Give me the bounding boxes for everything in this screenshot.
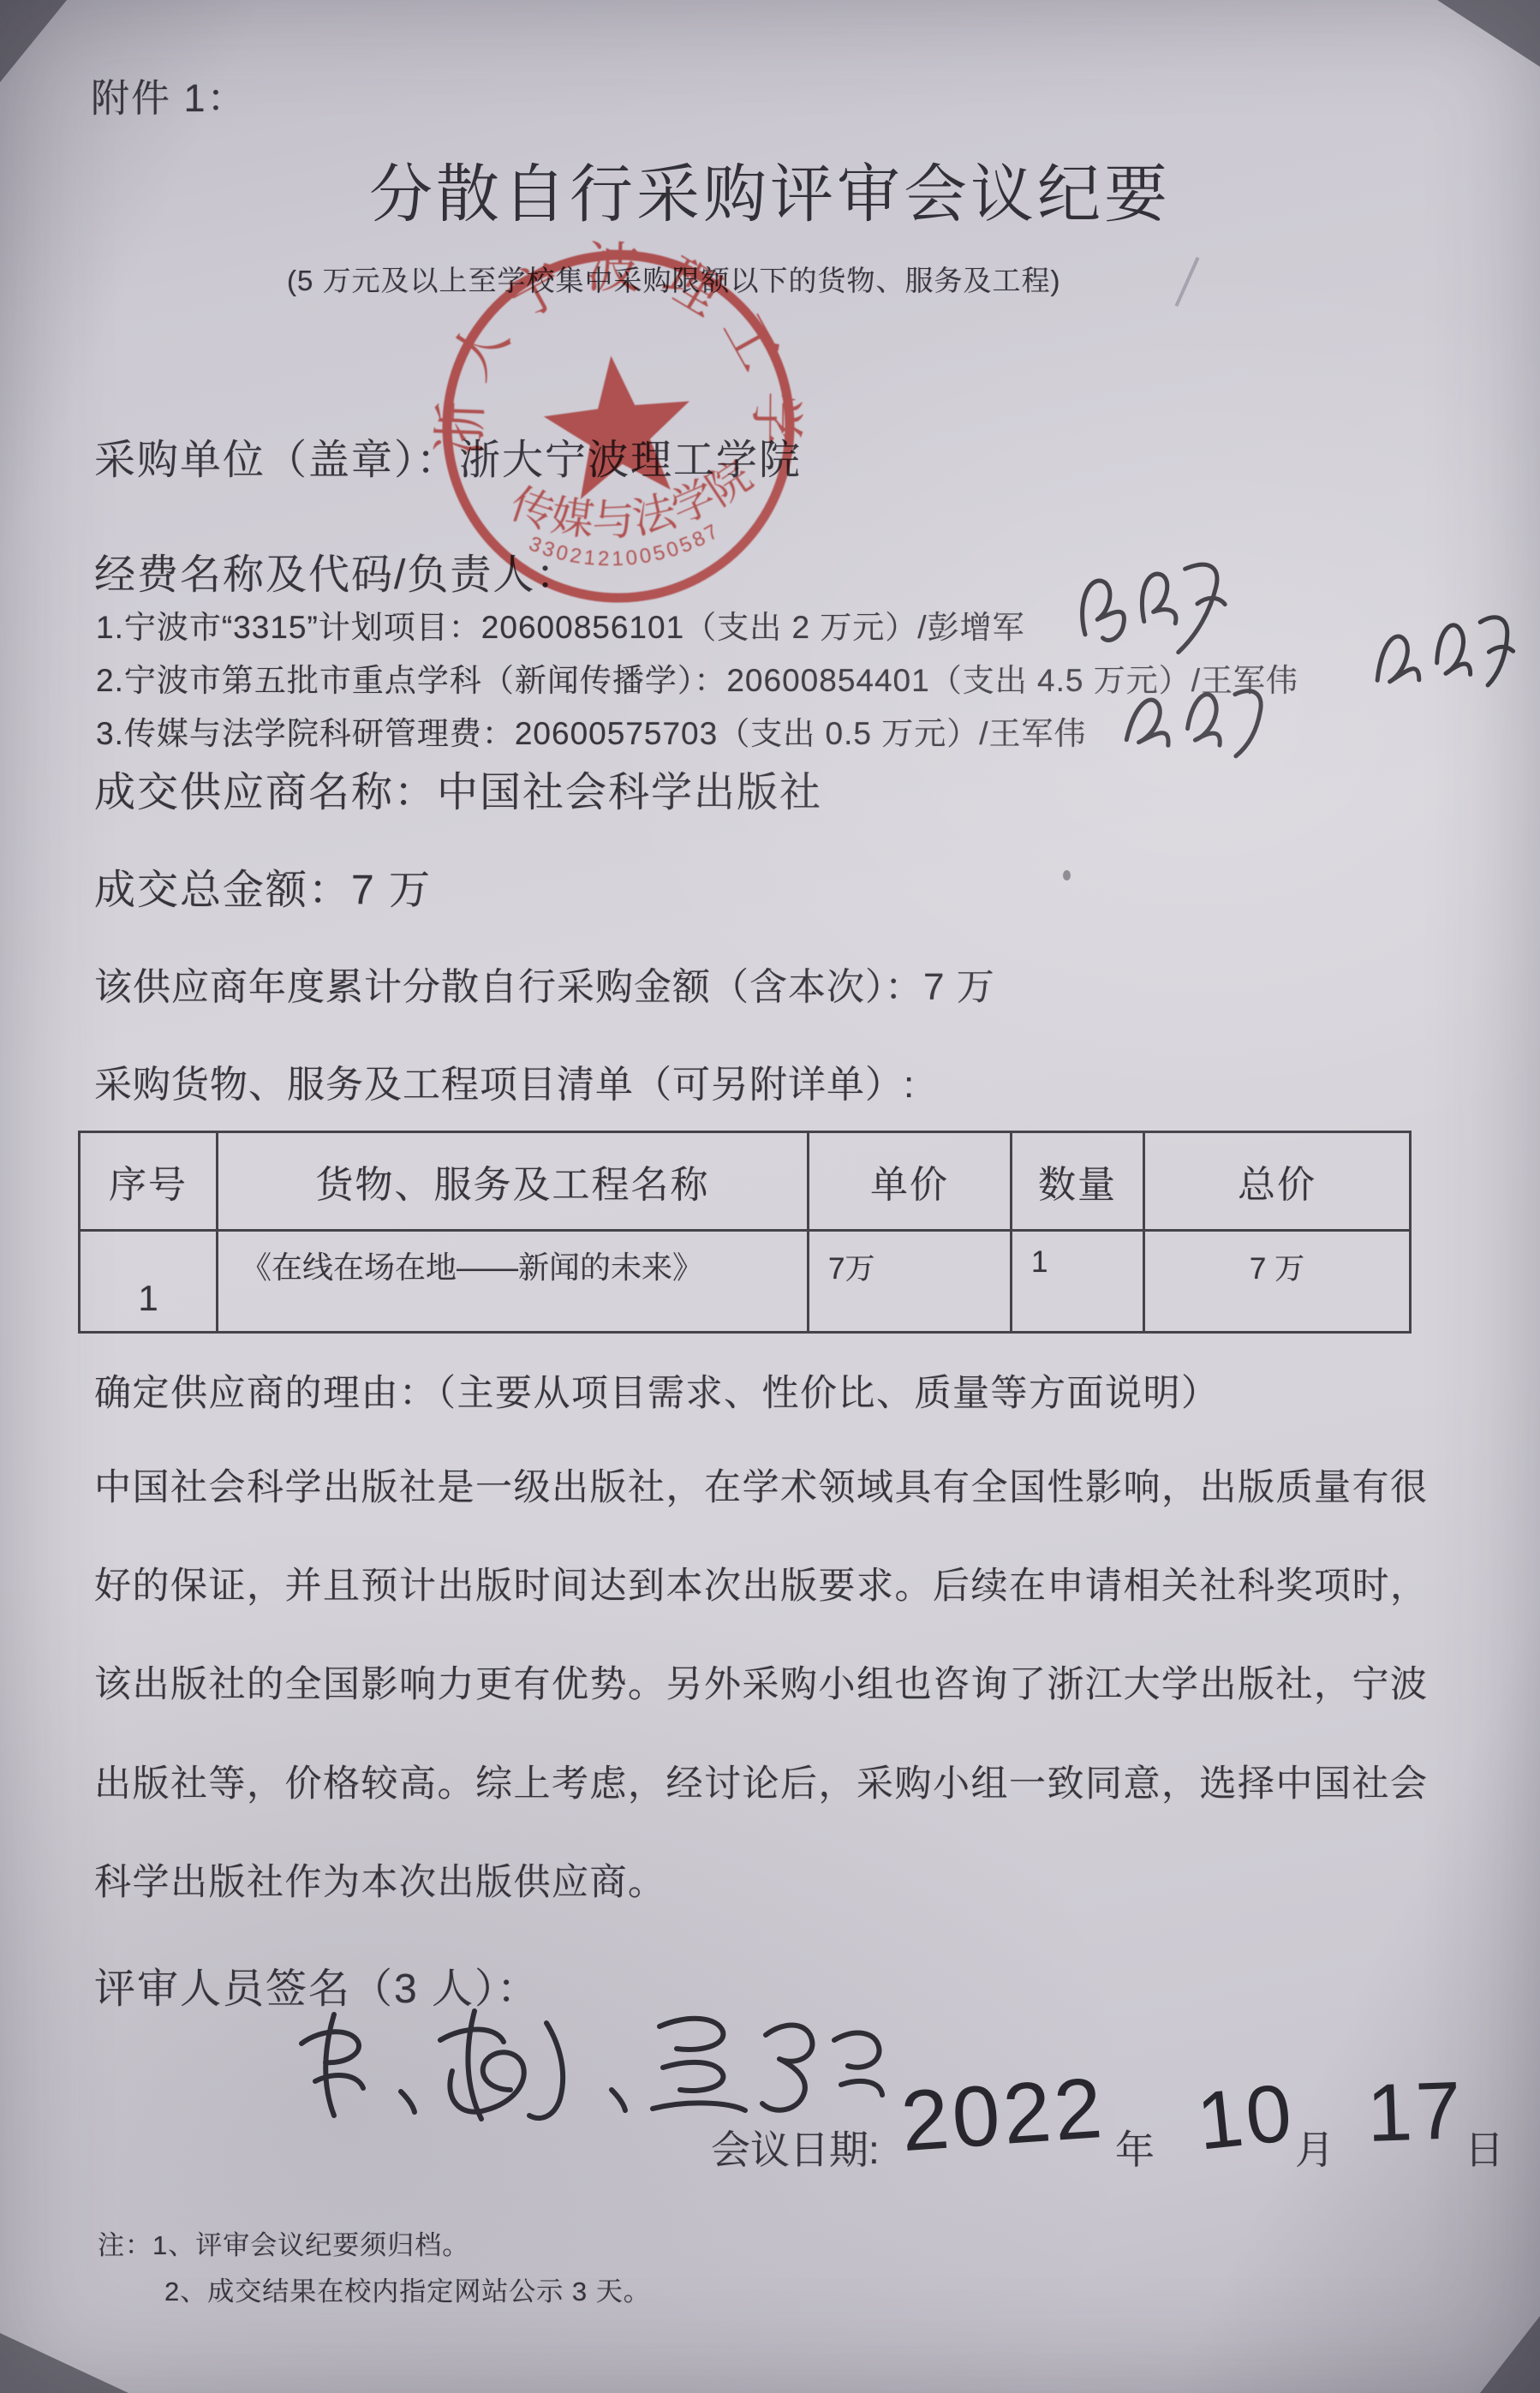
note-line-2: 2、成交结果在校内指定网站公示 3 天。 — [164, 2270, 651, 2308]
cumulative-label: 该供应商年度累计分散自行采购金额（含本次）： — [94, 966, 923, 1008]
col-header-seq: 序号 — [81, 1133, 218, 1232]
purchasing-unit-label: 采购单位（盖章）： — [94, 438, 459, 483]
photo-corner-bottom-left — [0, 2333, 128, 2393]
col-header-unit-price: 单价 — [809, 1133, 1012, 1232]
row-total-price: 7 万 — [1145, 1232, 1409, 1331]
field-cumulative-amount: 该供应商年度累计分散自行采购金额（含本次）：7 万 — [94, 956, 995, 1011]
year-suffix: 年 — [1115, 2119, 1155, 2175]
budget-line-3: 3.传媒与法学院科研管理费：20600575703（支出 0.5 万元）/王军伟 — [96, 707, 1087, 754]
cumulative-value: 7 万 — [923, 966, 995, 1008]
supplier-label: 成交供应商名称： — [94, 770, 437, 815]
note-line-1: 注：1、评审会议纪要须归档。 — [98, 2223, 469, 2262]
photo-corner-bottom-right — [1480, 2316, 1540, 2393]
items-table: 序号 货物、服务及工程名称 单价 数量 总价 1 《在线在场在地——新闻的未来》… — [78, 1131, 1412, 1334]
attachment-label: 附件 1： — [91, 67, 248, 122]
row-item-name: 《在线在场在地——新闻的未来》 — [218, 1232, 809, 1331]
handwritten-month: 10 — [1193, 2066, 1299, 2169]
handwritten-day: 17 — [1365, 2064, 1465, 2161]
row-unit-price: 7万 — [809, 1232, 1012, 1331]
signature-wangjunwei-line3 — [1107, 669, 1284, 775]
faint-pen-mark — [1175, 257, 1200, 307]
stamp-star-icon — [538, 349, 698, 503]
reason-line-5: 科学出版社作为本次出版供应商。 — [94, 1853, 666, 1906]
reason-line-4: 出版社等，价格较高。综上考虑，经讨论后，采购小组一致同意，选择中国社会 — [94, 1755, 1429, 1807]
field-total-amount: 成交总金额：7 万 — [94, 856, 432, 916]
total-value: 7 万 — [351, 868, 432, 913]
ink-speck — [1063, 870, 1071, 880]
col-header-total-price: 总价 — [1145, 1133, 1409, 1232]
field-supplier: 成交供应商名称：中国社会科学出版社 — [94, 759, 822, 818]
note-item-1: 1、评审会议纪要须归档。 — [152, 2230, 469, 2260]
note-prefix: 注： — [98, 2230, 152, 2260]
signature-pengzengjun — [1057, 546, 1255, 667]
supplier-value: 中国社会科学出版社 — [437, 770, 822, 815]
col-header-name: 货物、服务及工程名称 — [218, 1133, 809, 1232]
signature-reviewers — [272, 1989, 940, 2134]
photo-corner-top-right — [1437, 0, 1540, 67]
signature-wangjunwei-line2 — [1353, 591, 1539, 718]
reason-label: 确定供应商的理由：（主要从项目需求、性价比、质量等方面说明） — [94, 1364, 1220, 1417]
official-stamp: 浙大宁波理工学院 传媒与法学院 33021210050587 — [392, 200, 845, 653]
list-header: 采购货物、服务及工程项目清单（可另附详单）: — [94, 1053, 915, 1108]
month-suffix: 月 — [1295, 2119, 1334, 2175]
reason-line-3: 该出版社的全国影响力更有优势。另外采购小组也咨询了浙江大学出版社，宁波 — [94, 1656, 1429, 1708]
row-seq: 1 — [81, 1232, 218, 1331]
col-header-qty: 数量 — [1012, 1133, 1145, 1232]
row-qty: 1 — [1012, 1232, 1145, 1331]
photo-corner-top-left — [0, 0, 67, 82]
reason-line-2: 好的保证，并且预计出版时间达到本次出版要求。后续在申请相关社科奖项时， — [94, 1557, 1429, 1609]
total-label: 成交总金额： — [94, 868, 351, 913]
reason-line-1: 中国社会科学出版社是一级出版社，在学术领域具有全国性影响，出版质量有很 — [94, 1459, 1429, 1511]
day-suffix: 日 — [1465, 2119, 1504, 2175]
scanned-document-photo: 附件 1： 分散自行采购评审会议纪要 (5 万元及以上至学校集中采购限额以下的货… — [0, 0, 1540, 2393]
